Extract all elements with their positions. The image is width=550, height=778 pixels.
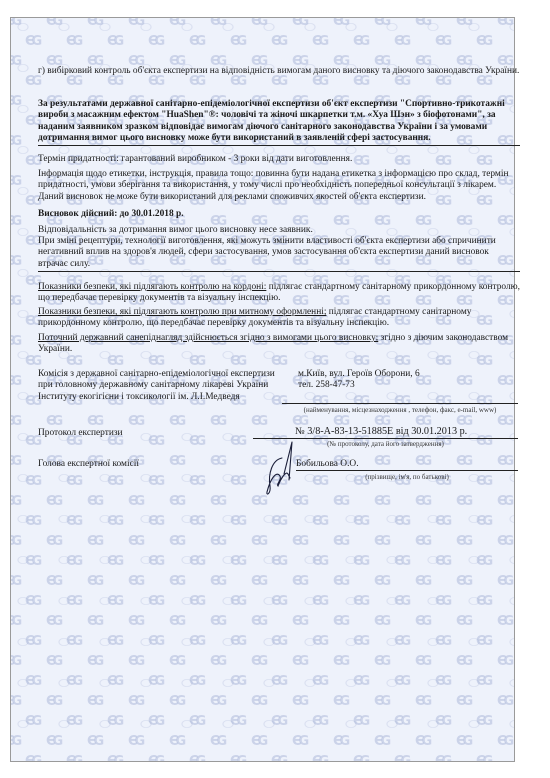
watermark-logo-icon: ЄG [374,574,388,589]
watermark-logo-icon: ЄG [10,734,19,749]
watermark-logo-icon: ЄG [189,474,203,489]
watermark-logo-icon: ЄG [497,694,511,709]
watermark-logo-icon: ЄG [415,694,429,709]
watermark-logo-icon: ЄG [230,34,244,49]
watermark-logo-icon: ЄG [394,754,408,762]
watermark-logo-icon: ЄG [46,494,60,509]
watermark-logo-icon: ЄG [333,654,347,669]
watermark-logo-icon: ЄG [230,674,244,689]
watermark-logo-icon: ЄG [46,614,60,629]
border-control: Показники безпеки, які підлягають контро… [38,282,520,305]
watermark-logo-icon: ЄG [10,414,19,429]
watermark-logo-icon: ЄG [353,594,367,609]
watermark-logo-icon: ЄG [394,354,408,369]
item-g-paragraph: г) вибірковий контроль об'єкта експертиз… [38,66,520,77]
watermark-logo-icon: ЄG [87,534,101,549]
watermark-logo-icon: ЄG [210,734,224,749]
watermark-logo-icon: ЄG [46,17,60,29]
watermark-logo-icon: ЄG [25,354,39,369]
watermark-logo-icon: ЄG [476,754,490,762]
watermark-logo-icon: ЄG [87,734,101,749]
watermark-logo-icon: ЄG [271,354,285,369]
watermark-logo-icon: ЄG [353,754,367,762]
watermark-logo-icon: ЄG [128,734,142,749]
watermark-logo-icon: ЄG [353,634,367,649]
watermark-logo-icon: ЄG [128,694,142,709]
watermark-logo-icon: ЄG [87,694,101,709]
watermark-logo-icon: ЄG [353,554,367,569]
watermark-logo-icon: ЄG [87,17,101,29]
watermark-logo-icon: ЄG [271,34,285,49]
watermark-logo-icon: ЄG [25,514,39,529]
watermark-logo-icon: ЄG [66,634,80,649]
watermark-logo-icon: ЄG [251,614,265,629]
watermark-logo-icon: ЄG [107,634,121,649]
watermark-logo-icon: ЄG [435,634,449,649]
watermark-logo-icon: ЄG [87,654,101,669]
watermark-logo-icon: ЄG [107,354,121,369]
watermark-logo-icon: ЄG [10,174,19,189]
watermark-logo-icon: ЄG [128,654,142,669]
separator-line [38,271,520,272]
watermark-logo-icon: ЄG [435,674,449,689]
watermark-logo-icon: ЄG [394,34,408,49]
watermark-logo-icon: ЄG [230,754,244,762]
watermark-logo-icon: ЄG [415,574,429,589]
watermark-logo-icon: ЄG [230,594,244,609]
watermark-logo-icon: ЄG [251,414,265,429]
watermark-logo-icon: ЄG [128,17,142,29]
watermark-logo-icon: ЄG [169,17,183,29]
watermark-logo-icon: ЄG [292,654,306,669]
watermark-logo-icon: ЄG [476,34,490,49]
watermark-logo-icon: ЄG [25,674,39,689]
border-control-label: Показники безпеки, які підлягають контро… [38,282,266,292]
watermark-logo-icon: ЄG [25,474,39,489]
watermark-logo-icon: ЄG [456,494,470,509]
watermark-logo-icon: ЄG [107,754,121,762]
watermark-logo-icon: ЄG [497,534,511,549]
watermark-logo-icon: ЄG [10,454,19,469]
watermark-logo-icon: ЄG [10,94,19,109]
watermark-logo-icon: ЄG [169,494,183,509]
watermark-logo-icon: ЄG [312,354,326,369]
watermark-logo-icon: ЄG [148,354,162,369]
head-underline [296,470,518,471]
watermark-logo-icon: ЄG [251,654,265,669]
label-info: Інформація щодо етикетки, інструкція, пр… [38,169,520,203]
watermark-logo-icon: ЄG [271,514,285,529]
watermark-logo-icon: ЄG [312,594,326,609]
watermark-logo-icon: ЄG [353,714,367,729]
watermark-logo-icon: ЄG [476,354,490,369]
watermark-logo-icon: ЄG [148,714,162,729]
watermark-logo-icon: ЄG [148,474,162,489]
watermark-logo-icon: ЄG [435,354,449,369]
watermark-logo-icon: ЄG [46,574,60,589]
watermark-logo-icon: ЄG [435,514,449,529]
watermark-logo-icon: ЄG [107,554,121,569]
watermark-logo-icon: ЄG [46,414,60,429]
watermark-logo-icon: ЄG [497,574,511,589]
watermark-logo-icon: ЄG [10,214,19,229]
watermark-logo-icon: ЄG [107,34,121,49]
watermark-logo-icon: ЄG [415,534,429,549]
commission-line-1: Комісія з державної санітарно-епідеміоло… [38,369,298,380]
watermark-logo-icon: ЄG [169,734,183,749]
watermark-logo-icon: ЄG [189,594,203,609]
watermark-logo-icon: ЄG [312,674,326,689]
watermark-logo-icon: ЄG [353,34,367,49]
watermark-logo-icon: ЄG [148,514,162,529]
watermark-logo-icon: ЄG [148,754,162,762]
watermark-logo-icon: ЄG [374,694,388,709]
watermark-logo-icon: ЄG [456,694,470,709]
shelf-life: Термін придатності: гарантований виробни… [38,154,520,165]
watermark-logo-icon: ЄG [251,534,265,549]
watermark-logo-icon: ЄG [394,594,408,609]
watermark-logo-icon: ЄG [128,614,142,629]
watermark-logo-icon: ЄG [210,574,224,589]
watermark-logo-icon: ЄG [394,514,408,529]
watermark-logo-icon: ЄG [374,534,388,549]
watermark-logo-icon: ЄG [66,594,80,609]
watermark-logo-icon: ЄG [312,714,326,729]
watermark-logo-icon: ЄG [87,494,101,509]
watermark-logo-icon: ЄG [128,414,142,429]
watermark-logo-icon: ЄG [374,734,388,749]
watermark-logo-icon: ЄG [107,674,121,689]
watermark-logo-icon: ЄG [230,634,244,649]
watermark-logo-icon: ЄG [148,634,162,649]
watermark-logo-icon: ЄG [66,554,80,569]
watermark-logo-icon: ЄG [210,654,224,669]
head-caption: (прізвище, ім'я, по батькові) [296,472,518,483]
watermark-logo-icon: ЄG [128,534,142,549]
watermark-logo-icon: ЄG [312,754,326,762]
watermark-logo-icon: ЄG [271,674,285,689]
separator-line [38,145,520,146]
watermark-logo-icon: ЄG [66,354,80,369]
watermark-logo-icon: ЄG [189,354,203,369]
watermark-logo-icon: ЄG [189,674,203,689]
watermark-logo-icon: ЄG [10,134,19,149]
watermark-logo-icon: ЄG [292,734,306,749]
watermark-logo-icon: ЄG [251,574,265,589]
watermark-logo-icon: ЄG [292,614,306,629]
watermark-logo-icon: ЄG [169,574,183,589]
watermark-logo-icon: ЄG [435,554,449,569]
watermark-logo-icon: ЄG [497,654,511,669]
watermark-logo-icon: ЄG [10,654,19,669]
watermark-logo-icon: ЄG [169,654,183,669]
watermark-logo-icon: ЄG [189,554,203,569]
address-line-2: тел. 258-47-73 [298,380,518,391]
watermark-logo-icon: ЄG [476,714,490,729]
watermark-logo-icon: ЄG [497,614,511,629]
watermark-logo-icon: ЄG [476,514,490,529]
watermark-logo-icon: ЄG [435,714,449,729]
watermark-logo-icon: ЄG [10,374,19,389]
watermark-logo-icon: ЄG [497,17,511,29]
protocol-value: № 3/8-А-83-13-51885Е від 30.01.2013 р. [295,426,520,437]
commission-line-3: Інституту екогігієни і токсикології ім. … [38,392,298,403]
watermark-logo-icon: ЄG [415,17,429,29]
watermark-logo-icon: ЄG [189,34,203,49]
watermark-logo-icon: ЄG [66,34,80,49]
watermark-logo-icon: ЄG [271,594,285,609]
supervision: Поточний державний санепіднагляд здійсню… [38,333,520,356]
watermark-logo-icon: ЄG [415,614,429,629]
watermark-logo-icon: ЄG [476,674,490,689]
watermark-logo-icon: ЄG [353,514,367,529]
watermark-logo-icon: ЄG [148,674,162,689]
address-block: м.Київ, вул. Героїв Оборони, 6 тел. 258-… [298,369,518,392]
watermark-logo-icon: ЄG [25,34,39,49]
watermark-logo-icon: ЄG [10,574,19,589]
watermark-logo-icon: ЄG [394,634,408,649]
watermark-logo-icon: ЄG [312,634,326,649]
watermark-logo-icon: ЄG [271,754,285,762]
watermark-logo-icon: ЄG [66,674,80,689]
watermark-logo-icon: ЄG [10,534,19,549]
watermark-logo-icon: ЄG [107,514,121,529]
watermark-logo-icon: ЄG [333,734,347,749]
watermark-logo-icon: ЄG [476,554,490,569]
watermark-logo-icon: ЄG [251,17,265,29]
watermark-logo-icon: ЄG [333,17,347,29]
watermark-logo-icon: ЄG [46,534,60,549]
watermark-logo-icon: ЄG [107,474,121,489]
watermark-logo-icon: ЄG [210,534,224,549]
watermark-logo-icon: ЄG [46,654,60,669]
watermark-logo-icon: ЄG [333,694,347,709]
watermark-logo-icon: ЄG [374,614,388,629]
watermark-logo-icon: ЄG [394,674,408,689]
watermark-logo-icon: ЄG [476,634,490,649]
watermark-logo-icon: ЄG [394,714,408,729]
watermark-logo-icon: ЄG [271,634,285,649]
watermark-logo-icon: ЄG [333,494,347,509]
customs-label: Показники безпеки, які підлягають контро… [38,307,326,317]
watermark-logo-icon: ЄG [292,574,306,589]
watermark-logo-icon: ЄG [312,34,326,49]
responsibility-1: Відповідальність за дотримання вимог цьо… [38,225,520,236]
watermark-logo-icon: ЄG [189,714,203,729]
watermark-logo-icon: ЄG [210,494,224,509]
watermark-logo-icon: ЄG [415,654,429,669]
address-caption: (найменування, місцезнаходження , телефо… [282,405,518,416]
watermark-logo-icon: ЄG [210,17,224,29]
watermark-logo-icon: ЄG [87,574,101,589]
watermark-logo-icon: ЄG [66,514,80,529]
watermark-logo-icon: ЄG [353,354,367,369]
watermark-logo-icon: ЄG [128,574,142,589]
address-line-1: м.Київ, вул. Героїв Оборони, 6 [298,369,518,380]
customs-control: Показники безпеки, які підлягають контро… [38,307,520,330]
watermark-logo-icon: ЄG [87,414,101,429]
watermark-logo-icon: ЄG [476,594,490,609]
commission-block: Комісія з державної санітарно-епідеміоло… [38,369,298,403]
validity: Висновок дійсний: до 30.01.2018 р. [38,209,520,220]
head-name: Бобильова О.О. [296,459,496,470]
watermark-logo-icon: ЄG [292,694,306,709]
watermark-logo-icon: ЄG [230,554,244,569]
watermark-logo-icon: ЄG [456,534,470,549]
watermark-logo-icon: ЄG [271,714,285,729]
watermark-logo-icon: ЄG [10,334,19,349]
watermark-logo-icon: ЄG [10,614,19,629]
watermark-logo-icon: ЄG [415,494,429,509]
watermark-logo-icon: ЄG [456,614,470,629]
watermark-logo-icon: ЄG [333,574,347,589]
watermark-logo-icon: ЄG [169,694,183,709]
watermark-logo-icon: ЄG [10,54,19,69]
responsibility-2: При зміні рецептури, технології виготовл… [38,236,520,270]
watermark-logo-icon: ЄG [10,294,19,309]
watermark-logo-icon: ЄG [230,354,244,369]
watermark-logo-icon: ЄG [25,634,39,649]
watermark-logo-icon: ЄG [312,514,326,529]
watermark-logo-icon: ЄG [46,694,60,709]
watermark-logo-icon: ЄG [353,674,367,689]
watermark-logo-icon: ЄG [230,514,244,529]
watermark-logo-icon: ЄG [66,474,80,489]
watermark-logo-icon: ЄG [87,614,101,629]
watermark-logo-icon: ЄG [292,534,306,549]
watermark-logo-icon: ЄG [210,414,224,429]
watermark-logo-icon: ЄG [10,17,19,29]
watermark-logo-icon: ЄG [10,494,19,509]
watermark-logo-icon: ЄG [25,554,39,569]
watermark-logo-icon: ЄG [230,474,244,489]
watermark-logo-icon: ЄG [107,594,121,609]
watermark-logo-icon: ЄG [292,17,306,29]
watermark-logo-icon: ЄG [374,17,388,29]
watermark-logo-icon: ЄG [10,254,19,269]
watermark-logo-icon: ЄG [66,754,80,762]
watermark-logo-icon: ЄG [230,714,244,729]
watermark-logo-icon: ЄG [169,534,183,549]
watermark-logo-icon: ЄG [169,414,183,429]
watermark-logo-icon: ЄG [435,34,449,49]
watermark-logo-icon: ЄG [10,694,19,709]
watermark-logo-icon: ЄG [210,614,224,629]
watermark-logo-icon: ЄG [456,574,470,589]
watermark-logo-icon: ЄG [456,654,470,669]
watermark-logo-icon: ЄG [497,494,511,509]
watermark-logo-icon: ЄG [210,694,224,709]
watermark-logo-icon: ЄG [46,734,60,749]
watermark-logo-icon: ЄG [169,614,183,629]
watermark-logo-icon: ЄG [148,34,162,49]
watermark-logo-icon: ЄG [25,714,39,729]
watermark-logo-icon: ЄG [435,754,449,762]
watermark-logo-icon: ЄG [415,734,429,749]
watermark-logo-icon: ЄG [333,534,347,549]
watermark-logo-icon: ЄG [128,494,142,509]
watermark-logo-icon: ЄG [189,754,203,762]
watermark-logo-icon: ЄG [148,594,162,609]
watermark-logo-icon: ЄG [497,734,511,749]
signature-icon [262,440,298,498]
watermark-logo-icon: ЄG [148,554,162,569]
supervision-label: Поточний державний санепіднагляд здійсню… [38,333,378,343]
watermark-logo-icon: ЄG [25,754,39,762]
conclusion-paragraph: За результатами державної санітарно-епід… [38,99,520,144]
watermark-logo-icon: ЄG [394,554,408,569]
watermark-logo-icon: ЄG [107,714,121,729]
watermark-logo-icon: ЄG [66,714,80,729]
watermark-logo-icon: ЄG [189,514,203,529]
watermark-logo-icon: ЄG [25,594,39,609]
address-underline [282,403,518,404]
watermark-logo-icon: ЄG [333,614,347,629]
watermark-logo-icon: ЄG [456,734,470,749]
watermark-logo-icon: ЄG [374,494,388,509]
watermark-logo-icon: ЄG [435,594,449,609]
watermark-logo-icon: ЄG [189,634,203,649]
watermark-logo-icon: ЄG [456,17,470,29]
watermark-logo-icon: ЄG [251,694,265,709]
watermark-logo-icon: ЄG [374,654,388,669]
commission-line-2: при головному державному санітарному лік… [38,380,298,391]
watermark-logo-icon: ЄG [312,554,326,569]
watermark-logo-icon: ЄG [251,734,265,749]
watermark-logo-icon: ЄG [271,554,285,569]
